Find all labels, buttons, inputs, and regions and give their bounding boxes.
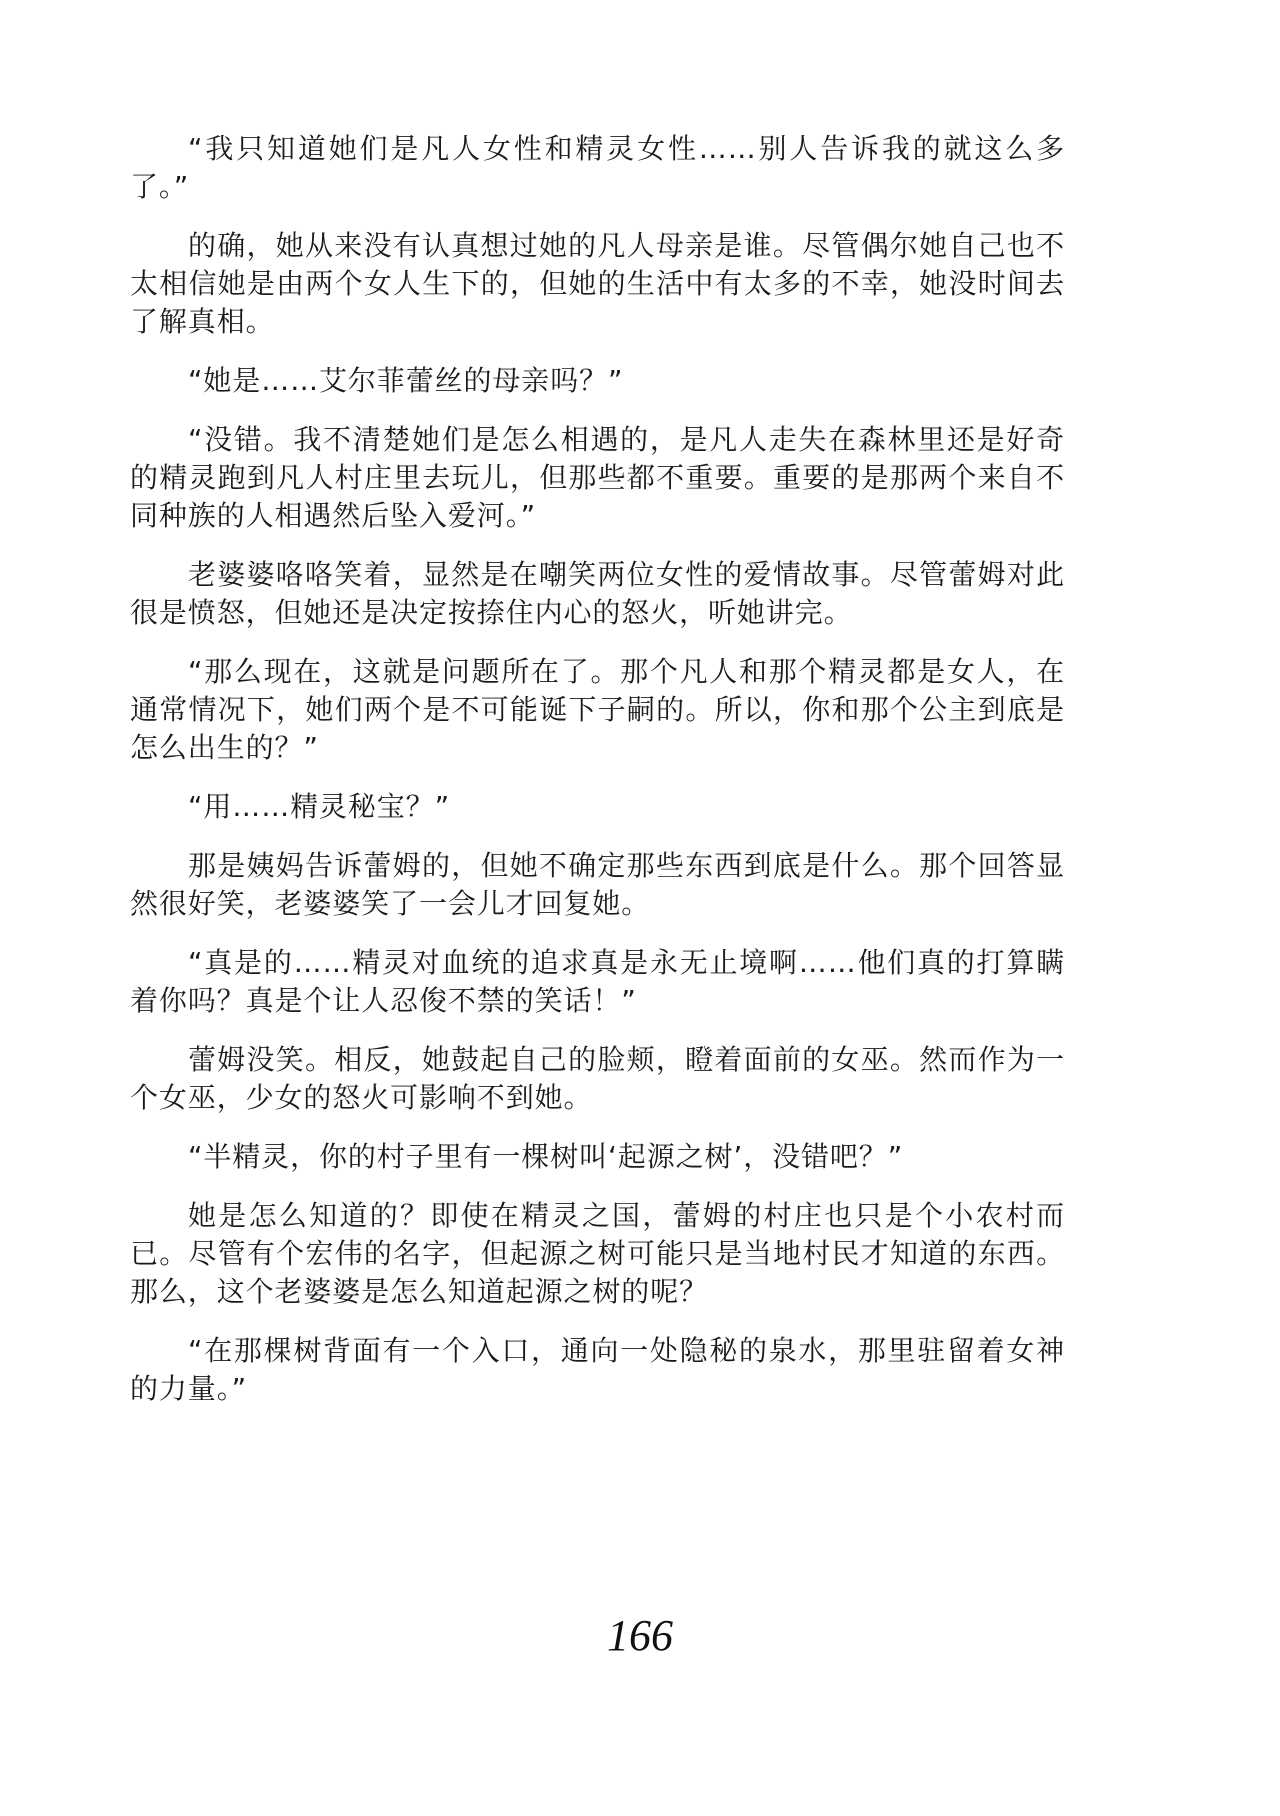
paragraph: 那是姨妈告诉蕾姆的，但她不确定那些东西到底是什么。那个回答显然很好笑，老婆婆笑了… bbox=[130, 847, 1065, 923]
paragraph: “那么现在，这就是问题所在了。那个凡人和那个精灵都是女人，在通常情况下，她们两个… bbox=[130, 653, 1065, 767]
paragraph: “真是的……精灵对血统的追求真是永无止境啊……他们真的打算瞒着你吗？真是个让人忍… bbox=[130, 944, 1065, 1020]
paragraph: 的确，她从来没有认真想过她的凡人母亲是谁。尽管偶尔她自己也不太相信她是由两个女人… bbox=[130, 227, 1065, 341]
paragraph: 老婆婆咯咯笑着，显然是在嘲笑两位女性的爱情故事。尽管蕾姆对此很是愤怒，但她还是决… bbox=[130, 556, 1065, 632]
paragraph: “半精灵，你的村子里有一棵树叫‘起源之树’，没错吧？” bbox=[130, 1138, 1065, 1176]
paragraph: “没错。我不清楚她们是怎么相遇的，是凡人走失在森林里还是好奇的精灵跑到凡人村庄里… bbox=[130, 421, 1065, 535]
page-number: 166 bbox=[0, 1610, 1280, 1661]
paragraph: “用……精灵秘宝？” bbox=[130, 788, 1065, 826]
paragraph: “我只知道她们是凡人女性和精灵女性……别人告诉我的就这么多了。” bbox=[130, 130, 1065, 206]
page-body: “我只知道她们是凡人女性和精灵女性……别人告诉我的就这么多了。” 的确，她从来没… bbox=[130, 130, 1065, 1429]
paragraph: “她是……艾尔菲蕾丝的母亲吗？” bbox=[130, 362, 1065, 400]
paragraph: “在那棵树背面有一个入口，通向一处隐秘的泉水，那里驻留着女神的力量。” bbox=[130, 1332, 1065, 1408]
paragraph: 她是怎么知道的？即使在精灵之国，蕾姆的村庄也只是个小农村而已。尽管有个宏伟的名字… bbox=[130, 1197, 1065, 1311]
paragraph: 蕾姆没笑。相反，她鼓起自己的脸颊，瞪着面前的女巫。然而作为一个女巫，少女的怒火可… bbox=[130, 1041, 1065, 1117]
